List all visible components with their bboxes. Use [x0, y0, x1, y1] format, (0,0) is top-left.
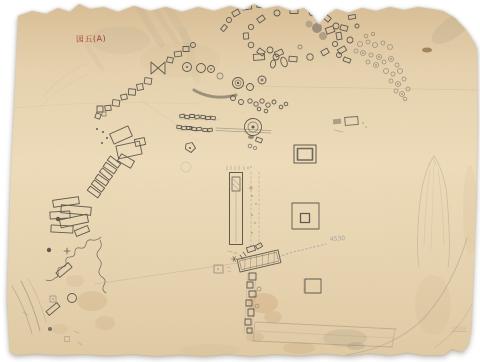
red-figure-label: 図五(A) — [76, 33, 107, 44]
scanned-plan-page: 図五(A) 4530 — [0, 0, 480, 362]
pencil-number: 4530 — [330, 235, 346, 243]
ink-spot — [422, 48, 432, 53]
site-plan-scan: 図五(A) 4530 — [0, 0, 480, 362]
mark-b — [56, 217, 60, 221]
mark-dot — [47, 248, 51, 252]
